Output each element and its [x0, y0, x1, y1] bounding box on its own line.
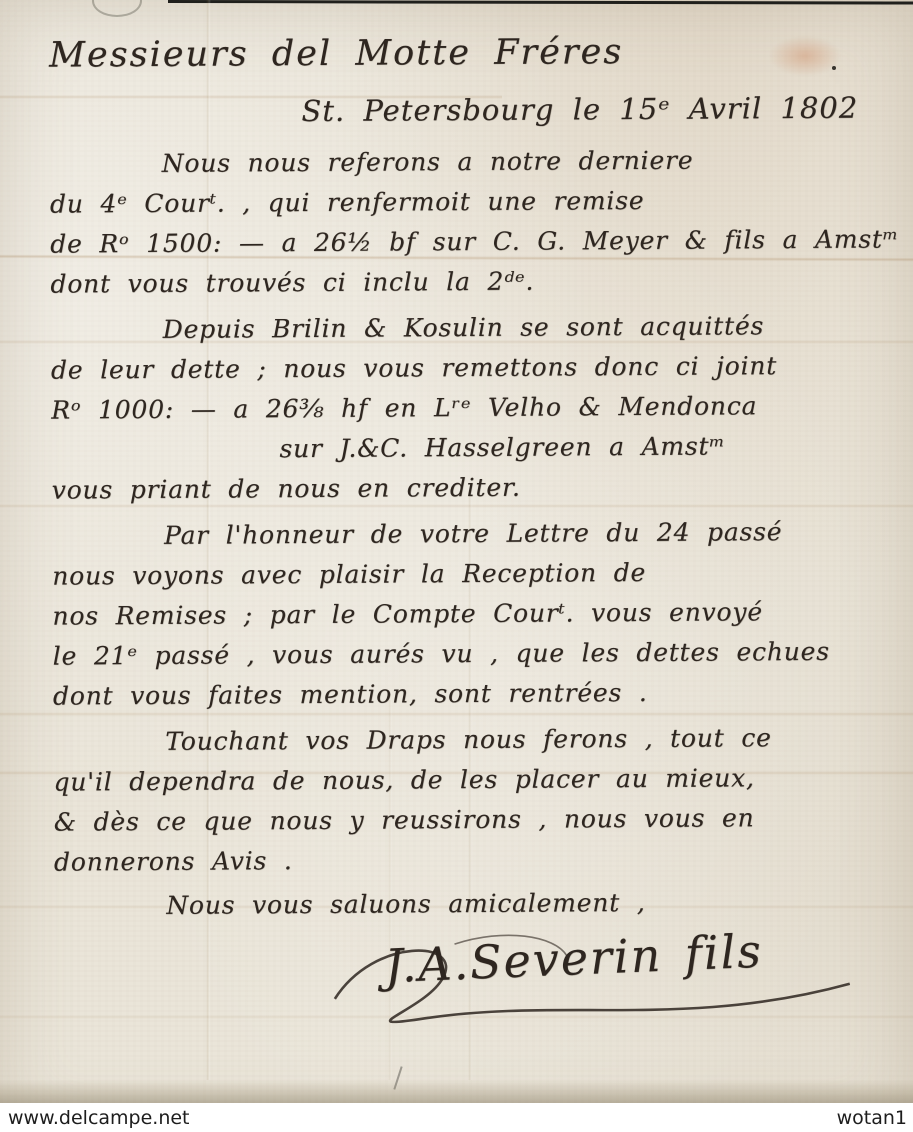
letter-salutation: Messieurs del Motte Fréres	[49, 19, 896, 86]
letter-line: vous priant de nous en crediter.	[52, 465, 899, 510]
watermark-bar: www.delcampe.net wotan1	[0, 1103, 913, 1132]
letter-line: Rᵒ 1000: — a 26⅜ hf en Lʳᵉ Velho & Mendo…	[51, 385, 898, 430]
letter-line: de leur dette ; nous vous remettons donc…	[51, 345, 898, 390]
letter-body: Nous nous referons a notre dernieredu 4ᵉ…	[50, 139, 901, 882]
signature-block: J.A.Severin fils	[54, 929, 902, 1044]
seal-trace-mark	[92, 0, 142, 17]
letter-line: dont vous trouvés ci inclu la 2ᵈᵉ.	[50, 259, 897, 304]
watermark-site-url: www.delcampe.net	[8, 1107, 190, 1129]
letter-closing: Nous vous saluons amicalement ,	[54, 881, 901, 926]
letter-line: nous voyons avec plaisir la Reception de	[52, 551, 899, 596]
letter-scan: Messieurs del Motte Fréres St. Petersbou…	[0, 0, 913, 1132]
letter-line: Depuis Brilin & Kosulin se sont acquitté…	[51, 305, 898, 350]
letter-line: Touchant vos Draps nous ferons , tout ce	[53, 717, 900, 762]
letter-line: du 4ᵉ Courᵗ. , qui renfermoit une remise	[50, 179, 897, 224]
letter-line: Par l'honneur de votre Lettre du 24 pass…	[52, 511, 899, 556]
letter-line: donnerons Avis .	[54, 837, 901, 882]
signature: J.A.Severin fils	[384, 924, 764, 993]
letter-line: nos Remises ; par le Compte Courᵗ. vous …	[52, 591, 899, 636]
letter-line: qu'il dependra de nous, de les placer au…	[53, 757, 900, 802]
letter-dateline: St. Petersbourg le 15ᵉ Avril 1802	[49, 81, 896, 138]
scan-top-edge	[168, 0, 913, 5]
letter-line: Nous nous referons a notre derniere	[50, 139, 897, 184]
letter-line: sur J.&C. Hasselgreen a Amstᵐ	[51, 425, 898, 470]
letter-line: de Rᵒ 1500: — a 26½ bf sur C. G. Meyer &…	[50, 219, 897, 264]
letter-line: le 21ᵉ passé , vous aurés vu , que les d…	[53, 631, 900, 676]
watermark-user-name: wotan1	[837, 1107, 907, 1129]
letter-line: dont vous faites mention, sont rentrées …	[53, 671, 900, 716]
paper-bottom-edge	[0, 1080, 913, 1103]
letter-line: & dès ce que nous y reussirons , nous vo…	[54, 797, 901, 842]
letter-content: Messieurs del Motte Fréres St. Petersbou…	[49, 19, 902, 1044]
